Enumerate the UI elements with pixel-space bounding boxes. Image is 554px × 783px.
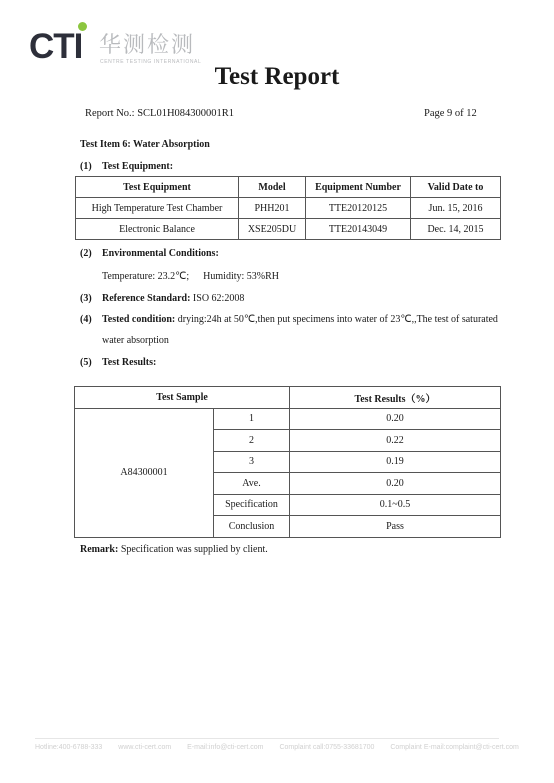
report-number: Report No.: SCL01H084300001R1 [85,108,234,119]
section-condition: (4)Tested condition: drying:24h at 50℃,t… [80,314,498,325]
footer-website: www.cti-cert.com [118,744,171,751]
section-results-heading: (5)Test Results: [80,357,156,368]
logo-dot-icon [78,22,87,31]
page-title: Test Report [0,63,554,91]
table-header-row: Test Equipment Model Equipment Number Va… [76,177,501,198]
equipment-table: Test Equipment Model Equipment Number Va… [75,176,501,240]
table-row: High Temperature Test Chamber PHH201 TTE… [76,198,501,219]
environment-values: Temperature: 23.2℃;Humidity: 53%RH [102,271,279,282]
remark: Remark: Specification was supplied by cl… [80,544,268,555]
page-number: Page 9 of 12 [424,108,477,119]
section-standard: (3)Reference Standard: ISO 62:2008 [80,293,244,304]
section-environment-heading: (2)Environmental Conditions: [80,248,219,259]
logo-chinese-name: 华测检测 [99,34,195,58]
table-row: A84300001 1 0.20 [75,408,501,430]
results-table: Test Sample Test Results（%） A84300001 1 … [74,386,501,538]
footer: Hotline:400-6788-333 www.cti-cert.com E-… [35,744,533,751]
table-row: Electronic Balance XSE205DU TTE20143049 … [76,219,501,240]
sample-id: A84300001 [75,408,214,537]
table-header-row: Test Sample Test Results（%） [75,387,501,409]
test-item-heading: Test Item 6: Water Absorption [80,139,210,150]
section-condition-line2: water absorption [102,335,169,346]
footer-complaint-call: Complaint call:0755-33681700 [279,744,374,751]
logo-brand: CTI [29,30,82,64]
footer-divider [35,738,499,739]
footer-email: E-mail:info@cti-cert.com [187,744,263,751]
section-equipment-heading: (1)Test Equipment: [80,161,173,172]
footer-hotline: Hotline:400-6788-333 [35,744,102,751]
footer-complaint-email: Complaint E-mail:complaint@cti-cert.com [390,744,518,751]
